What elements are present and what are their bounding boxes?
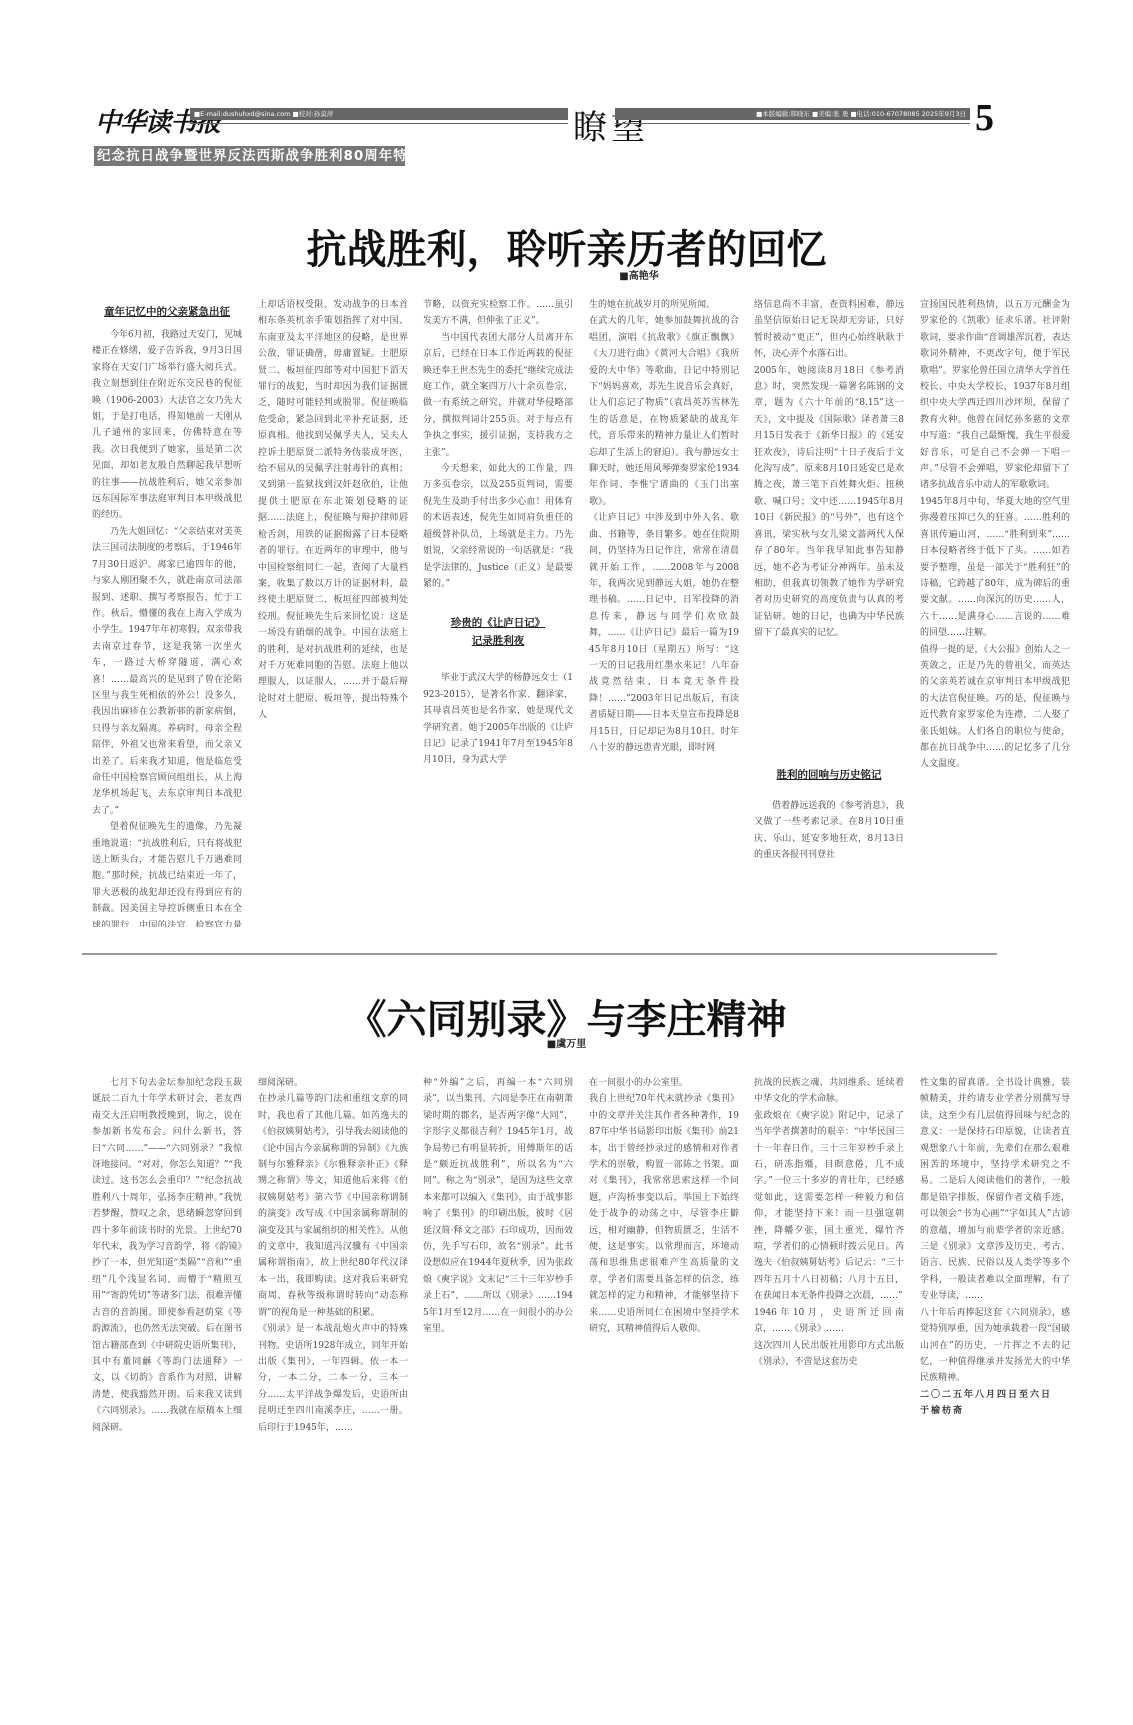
article-divider	[82, 953, 997, 955]
paragraph: 性文集的留真谱。全书设计典雅，装帧精美，并约请专业学者分别撰写导读，这至少有几层…	[920, 1075, 1070, 1387]
article2-column-3: 种“外编”之后，再编一本“六同别录”，以当集刊。六同是李庄在南朝萧梁时期的郡名，…	[423, 1075, 573, 1700]
masthead-editors: ■本版编辑:韩晓东 ■美编:张 勇 ■电话:010-67078085 2025年…	[615, 108, 970, 120]
paragraph: 生的她在抗战岁月的所见所闻。 在武大的几年，她参加鼓舞抗战的合唱团，演唱《抗敌歌…	[589, 297, 739, 756]
article1-column-2: 上却话语权受限。发动战争的日本首相东条英机亲手策划指挥了对中国、东南亚及太平洋地…	[258, 297, 408, 927]
paragraph: 节略，以资充实检察工作。……虽引发美方不满，但伸张了正义”。	[423, 297, 573, 330]
article2-column-6: 性文集的留真谱。全书设计典雅，装帧精美，并约请专业学者分别撰写导读，这至少有几层…	[920, 1075, 1070, 1700]
paragraph: 细阅深研。 在抄录几篇等韵门法和重纽文章的同时，我也看了其他几篇。如芮逸夫的《伯…	[258, 1075, 408, 1436]
paragraph: 今年6月初，我路过天安门，见城楼正在修缮，爱子告诉我，9月3日国家将在天安门广场…	[92, 327, 242, 524]
article1-byline: ■高艳华	[0, 267, 1133, 282]
article2-column-1: 七月下旬去金坛参加纪念段玉裁诞辰二百九十年学术研讨会，老友西南交大汪启明教授晚到…	[92, 1075, 242, 1700]
article2-place: 于榆枋斋	[920, 1403, 1070, 1419]
masthead-contact: ■E-mail:dushuhxd@sina.com ■校对:孙莫萍	[190, 108, 568, 120]
article1-column-3: 节略，以资充实检察工作。……虽引发美方不满，但伸张了正义”。 当中国代表团大部分…	[423, 297, 573, 927]
paragraph: 毕业于武汉大学的杨静远女士（1923-2015），是著名作家、翻译家，其母袁昌英…	[423, 670, 573, 768]
article2-byline: ■虞万里	[0, 1035, 1133, 1050]
paragraph: 宣扬国民胜利热情，以五万元酬金为罗家伦的《凯歌》征求乐谱。社评附歌词，要求作曲“…	[920, 297, 1070, 773]
article1-column-4: 生的她在抗战岁月的所见所闻。 在武大的几年，她参加鼓舞抗战的合唱团，演唱《抗敌歌…	[589, 297, 739, 927]
article1-subhead-3: 胜利的回响与历史铭记	[754, 766, 904, 784]
masthead-left-bar: ■E-mail:dushuhxd@sina.com ■校对:孙莫萍	[190, 108, 568, 120]
paragraph: 乃先大姐回忆：“父亲结束对美英法三国司法制度的考察后，于1946年7月30日返沪…	[92, 524, 242, 819]
article1-subhead-2: 珍贵的《让庐日记》 记录胜利夜	[423, 614, 573, 650]
article2-column-4: 在一间很小的办公室里。 我自上世纪70年代末就抄录《集刊》中的文章并关注其作者各…	[589, 1075, 739, 1700]
article2-column-5: 抗战的民族之魂，共同维系、延续着中华文化的学术命脉。 张政烺在《奭字说》附记中，…	[754, 1075, 904, 1700]
masthead-rule	[615, 123, 970, 124]
article1-column-5: 络信息尚不丰富，查资料困难，静远虽坚信原始日记无误却无旁证，只好暂时被动“更正”…	[754, 297, 904, 927]
paragraph: 今天想来，如此大的工作量，四万多页卷宗，以及255页判词，需要倪先生及助手付出多…	[423, 461, 573, 592]
paragraph: 种“外编”之后，再编一本“六同别录”，以当集刊。六同是李庄在南朝萧梁时期的郡名，…	[423, 1075, 573, 1338]
special-issue-banner: 纪念抗日战争暨世界反法西斯战争胜利80周年特稿	[94, 146, 405, 166]
paragraph: 络信息尚不丰富，查资料困难，静远虽坚信原始日记无误却无旁证，只好暂时被动“更正”…	[754, 297, 904, 752]
paragraph: 上却话语权受限。发动战争的日本首相东条英机亲手策划指挥了对中国、东南亚及太平洋地…	[258, 297, 408, 724]
masthead-right-bar: ■本版编辑:韩晓东 ■美编:张 勇 ■电话:010-67078085 2025年…	[615, 108, 970, 120]
article2-dateline: 二〇二五年八月四日至六日	[920, 1387, 1070, 1403]
article1-subhead-1: 童年记忆中的父亲紧急出征	[92, 303, 242, 321]
paragraph: 当中国代表团大部分人员离开东京后，已经在日本工作近两载的倪征㬇还奉王世杰先生的委…	[423, 330, 573, 461]
paragraph: 抗战的民族之魂，共同维系、延续着中华文化的学术命脉。 张政烺在《奭字说》附记中，…	[754, 1075, 904, 1370]
paragraph: 在一间很小的办公室里。 我自上世纪70年代末就抄录《集刊》中的文章并关注其作者各…	[589, 1075, 739, 1338]
masthead: 中华读书报 ■E-mail:dushuhxd@sina.com ■校对:孙莫萍 …	[95, 100, 1045, 140]
paragraph: 望着倪征㬇先生的遗像，乃先凝重地说道：“抗战胜利后，只有将战犯送上断头台，才能告…	[92, 819, 242, 927]
paragraph: 借着静远送我的《参考消息》，我又做了一些考索记录。在8月10日重庆、乐山、延安多…	[754, 798, 904, 864]
article1-column-6: 宣扬国民胜利热情，以五万元酬金为罗家伦的《凯歌》征求乐谱。社评附歌词，要求作曲“…	[920, 297, 1070, 927]
article2-column-2: 细阅深研。 在抄录几篇等韵门法和重纽文章的同时，我也看了其他几篇。如芮逸夫的《伯…	[258, 1075, 408, 1700]
paragraph: 七月下旬去金坛参加纪念段玉裁诞辰二百九十年学术研讨会，老友西南交大汪启明教授晚到…	[92, 1075, 242, 1436]
page-number: 5	[975, 96, 994, 140]
article1-column-1: 童年记忆中的父亲紧急出征 今年6月初，我路过天安门，见城楼正在修缮，爱子告诉我，…	[92, 297, 242, 927]
masthead-rule	[190, 123, 568, 124]
